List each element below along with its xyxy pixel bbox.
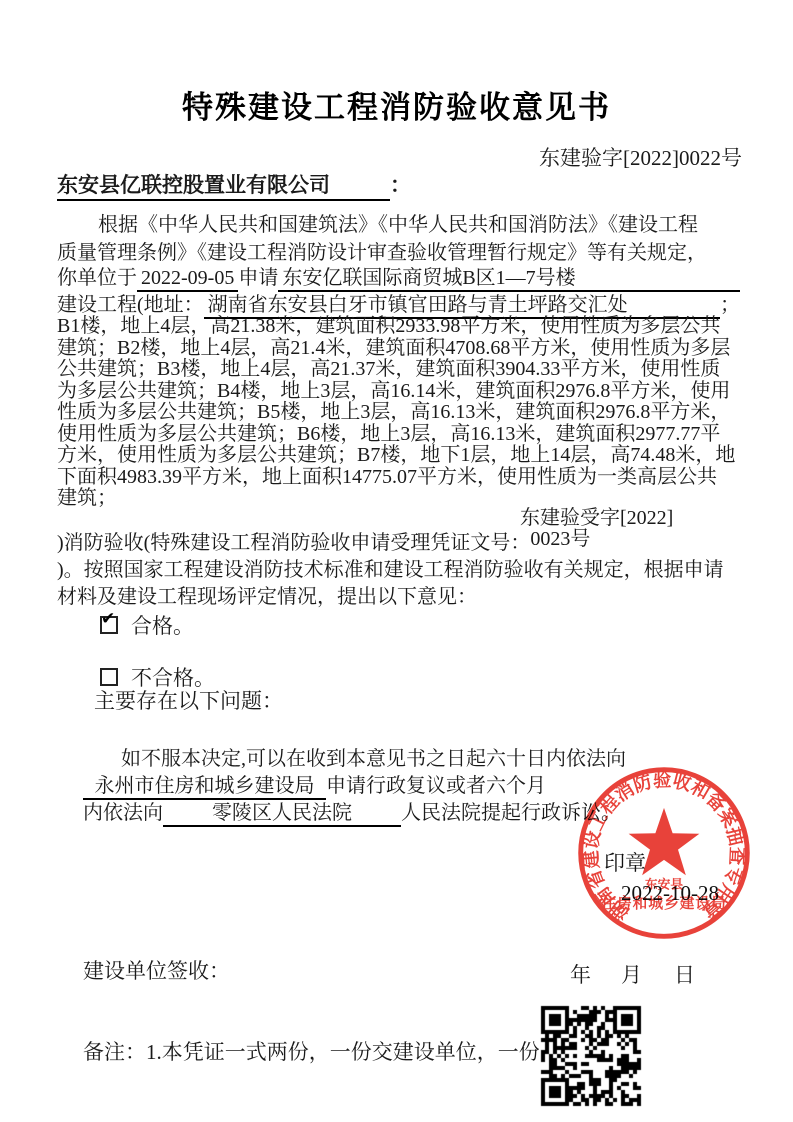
- addressee-line: 东安县亿联控股置业有限公司：: [57, 169, 411, 201]
- apply-date-value: 2022-09-05: [137, 266, 238, 292]
- court-value: 零陵区人民法院: [163, 801, 401, 827]
- apply-verb: 申请: [238, 266, 278, 290]
- fail-checkbox[interactable]: [100, 668, 118, 686]
- acceptance-ref-label: 东建验受字[2022]: [520, 506, 673, 530]
- appeal-line-3-prefix: 内依法向: [83, 801, 163, 825]
- stamp-date: 2022-10-28: [621, 881, 719, 905]
- building-desc-line: 建筑；B2楼，地上4层，高21.4米，建筑面积4708.68平方米，使用性质为多…: [57, 338, 752, 360]
- appeal-line-1: 如不服本决定,可以在收到本意见书之日起六十日内依法向: [121, 747, 626, 771]
- document-page: 特殊建设工程消防验收意见书 东建验字[2022]0022号 东安县亿联控股置业有…: [0, 0, 793, 1122]
- project-name-value: 东安亿联国际商贸城B区1—7号楼: [278, 266, 740, 292]
- pass-checkbox[interactable]: ✔: [100, 616, 118, 634]
- page-title: 特殊建设工程消防验收意见书: [0, 82, 793, 127]
- intro-line-2: 质量管理条例》《建设工程消防设计审查验收管理暂行规定》等有关规定，: [57, 241, 707, 265]
- acceptance-line-3: 材料及建设工程现场评定情况，提出以下意见：: [57, 585, 477, 609]
- acceptance-line-2: )。按照国家工程建设消防技术标准和建设工程消防验收有关规定，根据申请: [57, 558, 724, 582]
- addressee-name: 东安县亿联控股置业有限公司: [57, 169, 390, 201]
- option-fail-row: 不合格。: [100, 662, 215, 692]
- building-desc-line: 下面积4983.39平方米，地上面积14775.07平方米，使用性质为一类高层公…: [57, 467, 752, 489]
- appeal-line-2: 永州市住房和城乡建设局申请行政复议或者六个月: [83, 774, 557, 800]
- sign-date-blanks: 年月日: [570, 959, 695, 989]
- acceptance-line-1: )消防验收(特殊建设工程消防验收申请受理凭证文号：0023号: [57, 531, 590, 555]
- day-label: 日: [674, 959, 695, 989]
- building-description: B1楼，地上4层，高21.38米，建筑面积2933.98平方米，使用性质为多层公…: [57, 316, 752, 510]
- acceptance-ref-value: 0023号: [530, 528, 590, 550]
- pass-label: 合格。: [131, 614, 194, 638]
- sign-label: 建设单位签收：: [83, 959, 230, 983]
- doc-number: 东建验字[2022]0022号: [539, 142, 742, 172]
- fail-label: 不合格。: [131, 666, 215, 690]
- month-label: 月: [621, 959, 642, 989]
- building-desc-line: 方米，使用性质为多层公共建筑；B7楼，地下1层，地上14层，高74.48米，地: [57, 445, 752, 467]
- problems-label: 主要存在以下问题：: [94, 689, 283, 713]
- appeal-line-3: 内依法向零陵区人民法院人民法院提起行政诉讼。: [83, 801, 628, 827]
- year-label: 年: [570, 959, 591, 989]
- intro-line-3: 你单位于2022-09-05申请东安亿联国际商贸城B区1—7号楼: [57, 266, 740, 292]
- review-org-value: 永州市住房和城乡建设局: [83, 774, 326, 800]
- qr-code: [539, 1004, 643, 1108]
- building-desc-line: 为多层公共建筑；B4楼，地上3层，高16.14米，建筑面积2976.8平方米，使…: [57, 381, 752, 403]
- address-suffix: ；: [720, 293, 740, 317]
- acceptance-prefix: )消防验收(特殊建设工程消防验收申请受理凭证文号：: [57, 532, 530, 554]
- addressee-colon: ：: [390, 173, 411, 197]
- option-pass-row: ✔合格。: [100, 610, 194, 640]
- check-icon: ✔: [101, 611, 115, 628]
- official-seal: 湖南省建设工程消防验收和备案抽查专用章 东安县 住房和城乡建设局: [566, 755, 762, 951]
- building-desc-line: B1楼，地上4层，高21.38米，建筑面积2933.98平方米，使用性质为多层公…: [57, 316, 752, 338]
- note-line: 备注：1.本凭证一式两份，一份交建设单位，一份存: [83, 1040, 561, 1064]
- apply-date-label: 你单位于: [57, 266, 137, 290]
- building-desc-line: 使用性质为多层公共建筑；B6楼，地上3层，高16.13米，建筑面积2977.77…: [57, 424, 752, 446]
- appeal-line-2-suffix: 申请行政复议或者六个月: [326, 774, 546, 798]
- address-label: 建设工程(地址：: [57, 293, 204, 317]
- appeal-line-3-suffix: 人民法院提起行政诉讼。: [401, 801, 621, 825]
- building-desc-line: 性质为多层公共建筑；B5楼，地上3层，高16.13米，建筑面积2976.8平方米…: [57, 402, 752, 424]
- building-desc-line: 公共建筑；B3楼，地上4层，高21.37米，建筑面积3904.33平方米，使用性…: [57, 359, 752, 381]
- intro-line-1: 根据《中华人民共和国建筑法》《中华人民共和国消防法》《建设工程: [57, 213, 698, 237]
- stamp-label: 印章: [604, 851, 646, 875]
